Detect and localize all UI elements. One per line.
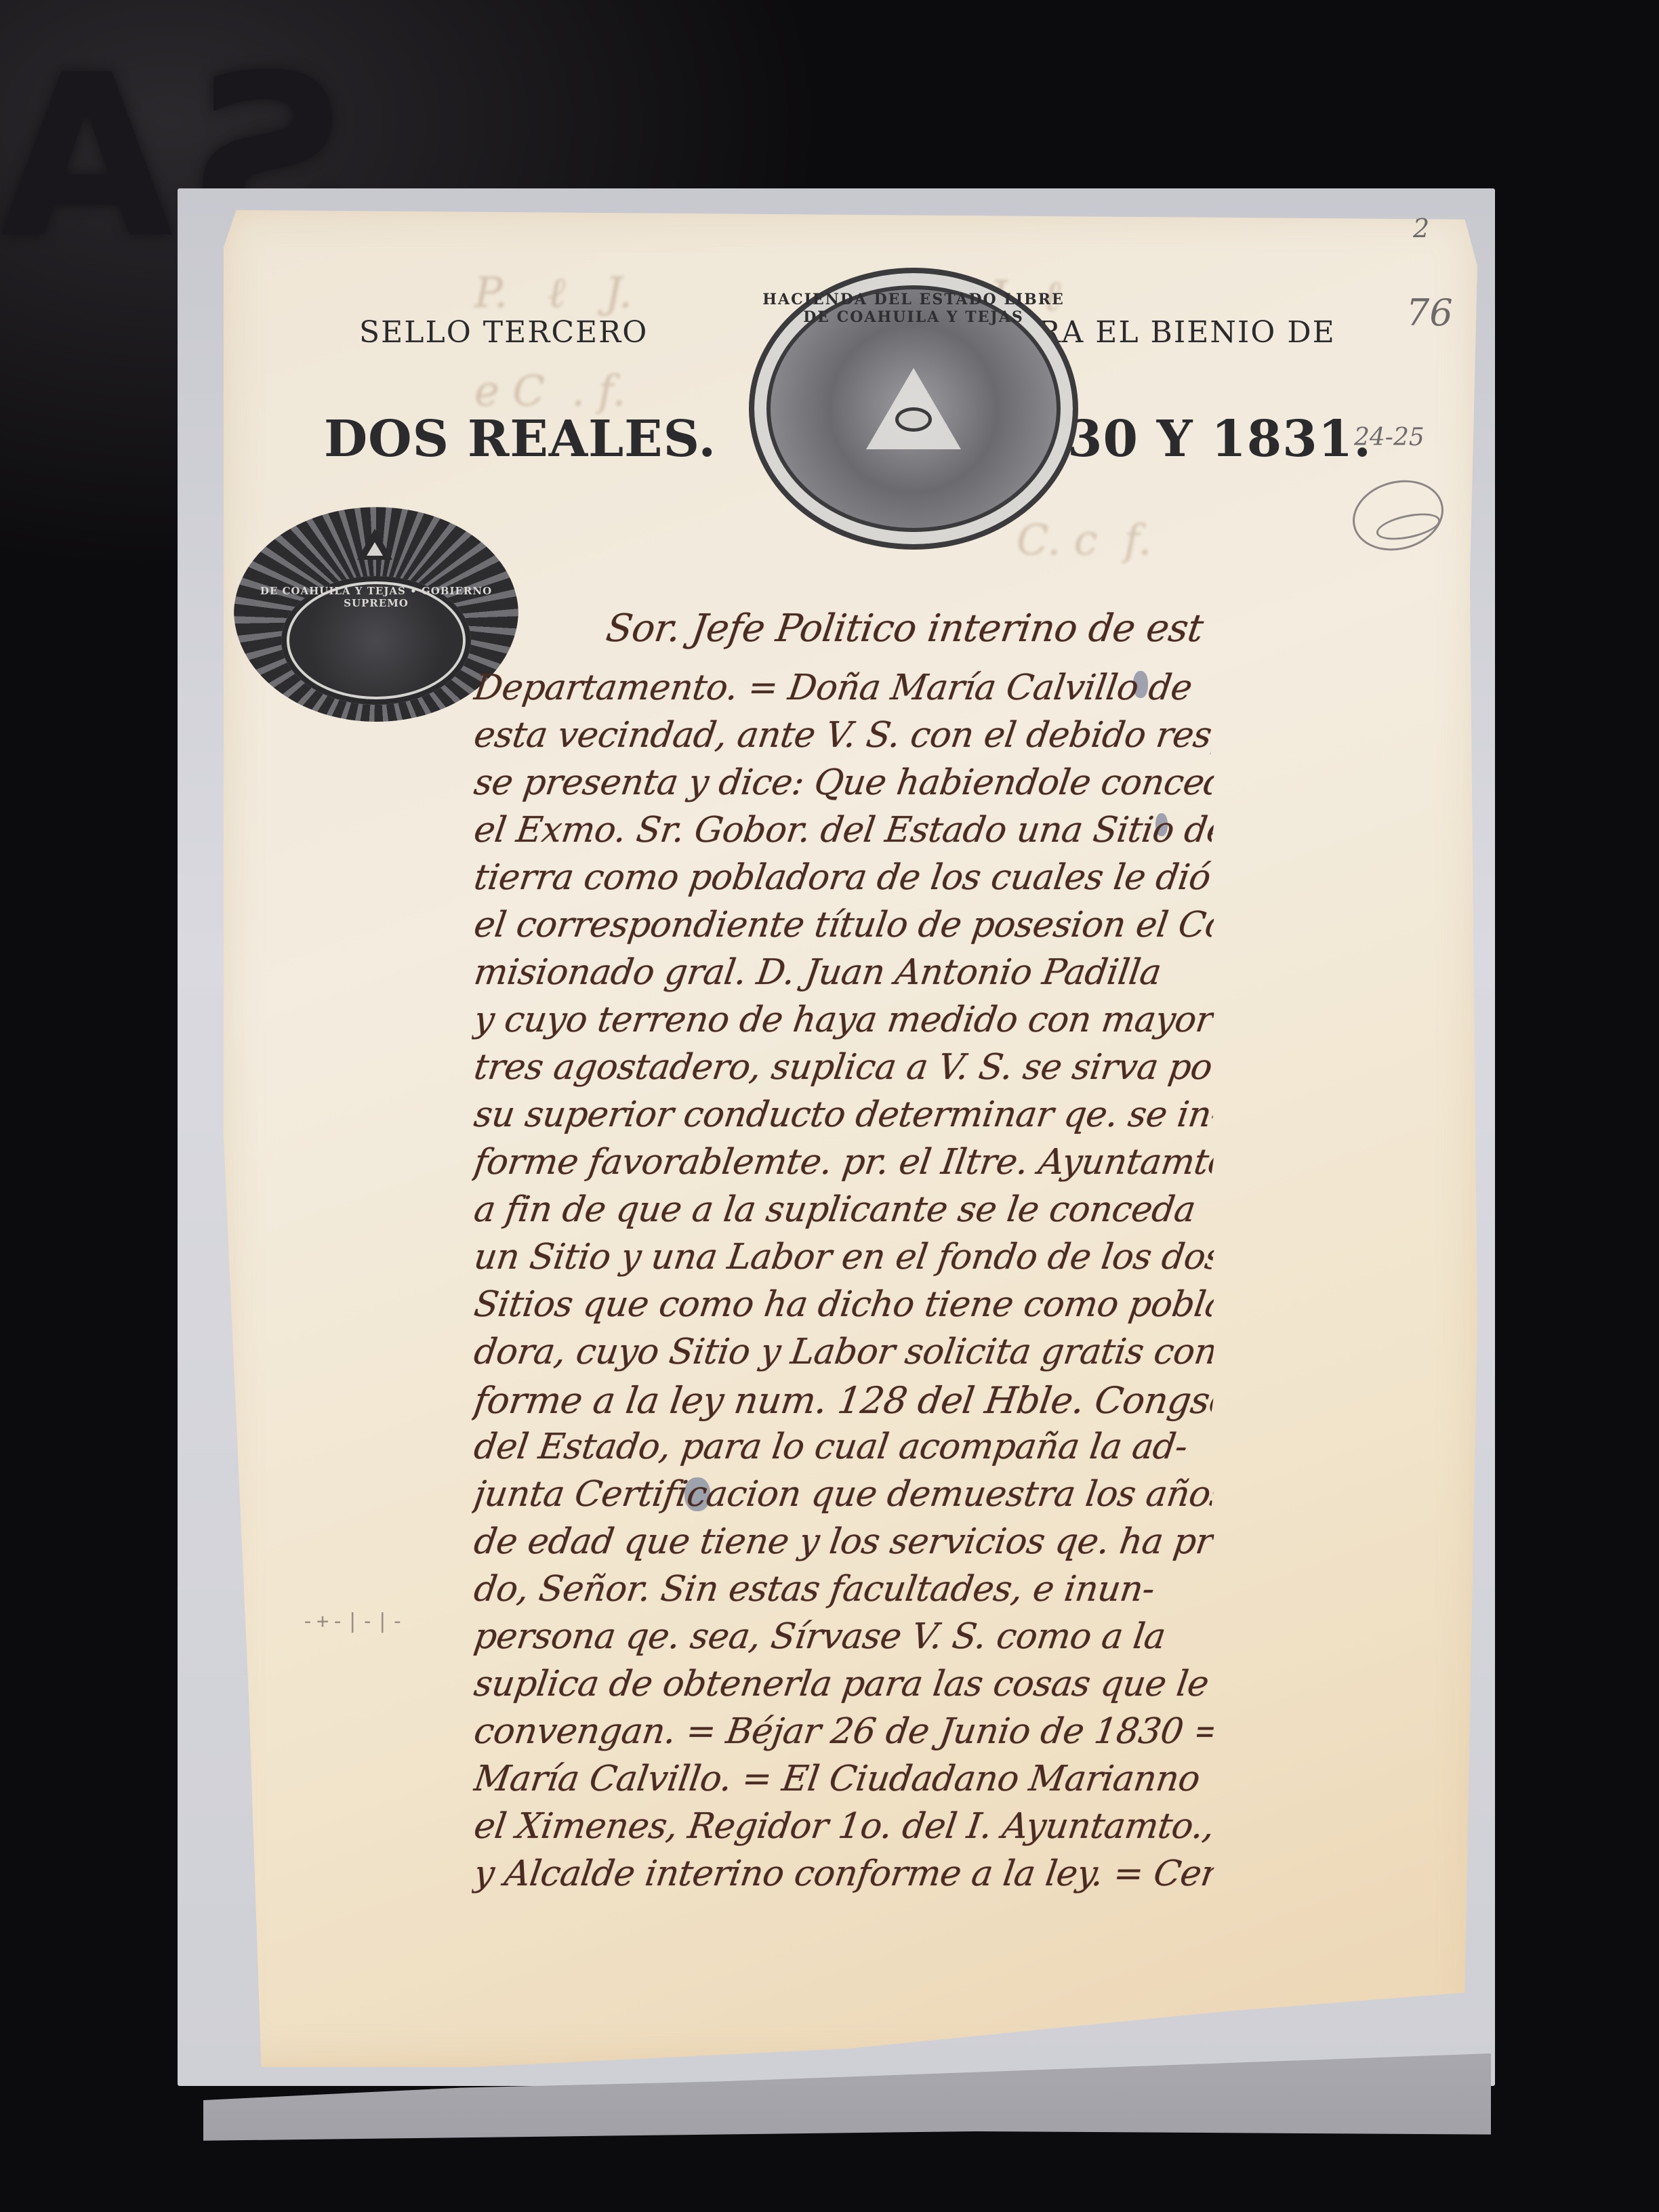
handwritten-line: persona qe. sea, Sírvase V. S. como a la — [472, 1616, 1216, 1657]
bleed-through-mark: e C . f. — [474, 366, 626, 415]
handwritten-line: tierra como pobladora de los cuales le d… — [472, 857, 1216, 898]
seal-ring-text: HACIENDA DEL ESTADO LIBRE DE COAHUILA Y … — [754, 291, 1073, 326]
handwritten-line: de edad que tiene y los servicios qe. ha… — [472, 1521, 1216, 1562]
triangle-inner — [367, 542, 383, 556]
handwritten-line: el Ximenes, Regidor 1o. del I. Ayuntamto… — [472, 1806, 1216, 1847]
handwritten-line: el Exmo. Sr. Gobor. del Estado una Sitio… — [472, 810, 1216, 851]
bleed-through-mark: C. c f. — [1017, 515, 1151, 565]
handwritten-line: forme favorablemte. pr. el Iltre. Ayunta… — [472, 1142, 1216, 1183]
handwritten-line: se presenta y dice: Que habiendole conce… — [472, 762, 1216, 803]
handwritten-line: dora, cuyo Sitio y Labor solicita gratis… — [472, 1332, 1216, 1372]
handwritten-line: a fin de que a la suplicante se le conce… — [472, 1189, 1216, 1230]
handwritten-line: un Sitio y una Labor en el fondo de los … — [472, 1237, 1216, 1277]
bleed-through-mark: P. ℓ J. — [474, 268, 632, 318]
stamp-ring-text: DE COAHUILA Y TEJAS • GOBIERNO SUPREMO — [234, 585, 518, 609]
handwritten-line: el correspondiente título de posesion el… — [472, 905, 1216, 945]
handwritten-line: misionado gral. D. Juan Antonio Padilla — [472, 952, 1216, 993]
all-seeing-eye-seal-icon: HACIENDA DEL ESTADO LIBRE DE COAHUILA Y … — [749, 268, 1078, 550]
left-margin-mark: -+-|-|- — [302, 1610, 406, 1633]
handwritten-line: María Calvillo. = El Ciudadano Marianno — [472, 1759, 1216, 1799]
handwritten-line: convengan. = Béjar 26 de Junio de 1830 = — [472, 1711, 1216, 1752]
header-dos-reales: DOS REALES. — [324, 410, 716, 468]
page-number-note: 2 — [1413, 213, 1429, 243]
handwritten-line: del Estado, para lo cual acompaña la ad- — [472, 1427, 1216, 1467]
header-sello-tercero: SELLO TERCERO — [359, 315, 648, 350]
handwritten-line: Sitios que como ha dicho tiene como pobl… — [472, 1284, 1216, 1325]
handwritten-line: junta Certificacion que demuestra los añ… — [472, 1474, 1216, 1515]
handwritten-line: y Alcalde interino conforme a la ley. = … — [472, 1853, 1216, 1894]
handwritten-line: forme a la ley num. 128 del Hble. Congso… — [472, 1379, 1216, 1422]
handwritten-line: esta vecindad, ante V. S. con el debido … — [472, 715, 1216, 756]
range-note: 24-25 — [1354, 424, 1425, 451]
handwritten-line: tres agostadero, suplica a V. S. se sirv… — [472, 1047, 1216, 1088]
folio-note: 76 — [1406, 291, 1453, 334]
handwritten-line: y cuyo terreno de haya medido con mayor — [472, 1000, 1216, 1040]
handwritten-line: Departamento. = Doña María Calvillo de — [472, 668, 1216, 708]
handwritten-line: do, Señor. Sin estas facultades, e inun- — [472, 1569, 1216, 1610]
handwritten-line: Sor. Jefe Politico interino de este — [603, 607, 1206, 651]
handwritten-line: suplica de obtenerla para las cosas que … — [472, 1664, 1216, 1704]
handwritten-line: su superior conducto determinar qe. se i… — [472, 1094, 1216, 1135]
eye-icon — [895, 407, 932, 432]
